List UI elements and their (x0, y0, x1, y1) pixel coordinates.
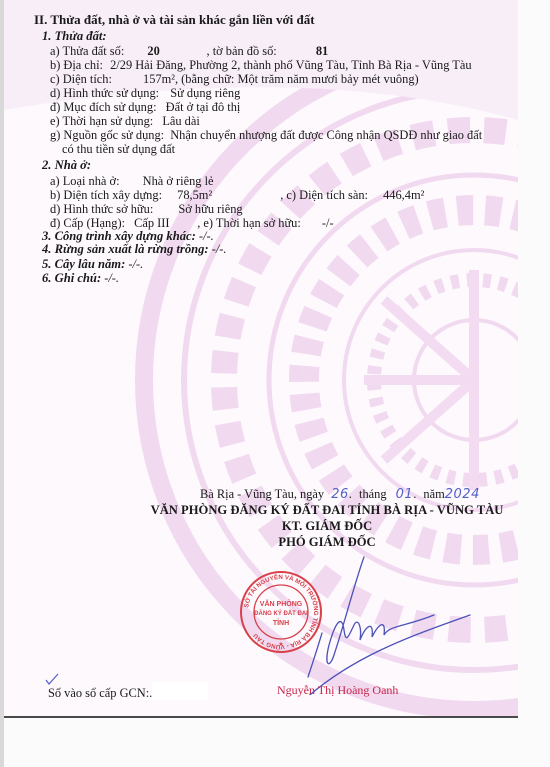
on-behalf-of: KT. GIÁM ĐỐC (144, 519, 510, 533)
house-type-row: a) Loại nhà ở: Nhà ở riêng lẻ (50, 174, 214, 188)
place-date-prefix: Bà Rịa - Vũng Tàu, ngày (200, 487, 324, 501)
use-form-row: d) Hình thức sử dụng: Sử dụng riêng (50, 86, 240, 100)
parcel-label: a) Thửa đất số: (50, 44, 124, 58)
built-area-row: b) Diện tích xây dựng: 78,5m² , c) Diện … (50, 188, 424, 202)
svg-text:VĂN PHÒNG: VĂN PHÒNG (260, 599, 303, 608)
signer-position: PHÓ GIÁM ĐỐC (144, 535, 510, 549)
address-label: b) Địa chỉ: (50, 58, 103, 72)
term-row: e) Thời hạn sử dụng: Lâu dài (50, 114, 200, 128)
purpose-row: đ) Mục đích sử dụng: Đất ở tại đô thị (50, 100, 240, 114)
place-date: Bà Rịa - Vũng Tàu, ngày 26. tháng 01. nă… (200, 487, 480, 502)
svg-text:★: ★ (278, 641, 283, 648)
term-value: Lâu dài (162, 114, 200, 128)
check-mark-icon (44, 672, 66, 686)
certificate-page: II. Thửa đất, nhà ở và tài sản khác gắn … (4, 0, 518, 718)
floor-area-label: , c) Diện tích sàn: (280, 188, 368, 202)
grade-row: đ) Cấp (Hạng): Cấp III , e) Thời hạn sở … (50, 216, 334, 230)
origin-value-line1: Nhận chuyển nhượng đất được Công nhận QS… (170, 128, 482, 142)
use-form-label: d) Hình thức sử dụng: (50, 86, 159, 100)
ownership-label: d) Hình thức sở hữu: (50, 202, 153, 216)
purpose-value: Đất ở tại đô thị (166, 100, 241, 114)
section-title: II. Thửa đất, nhà ở và tài sản khác gắn … (34, 13, 315, 27)
registry-label: Số vào sổ cấp GCN:. (48, 686, 152, 700)
other-item: 4. Rừng sản xuất là rừng trồng: -/-. (42, 242, 227, 256)
signer-name: Nguyễn Thị Hoàng Oanh (277, 683, 398, 698)
date-day: 26 (331, 487, 349, 502)
house-type-value: Nhà ở riêng lẻ (143, 174, 214, 188)
date-month: 01 (396, 487, 414, 502)
date-year: 2024 (445, 487, 480, 502)
address-value: 2/29 Hải Đăng, Phường 2, thành phố Vũng … (110, 58, 471, 72)
origin-row: g) Nguồn gốc sử dụng: Nhận chuyển nhượng… (50, 128, 482, 142)
address-row: b) Địa chỉ: 2/29 Hải Đăng, Phường 2, thà… (50, 58, 472, 72)
origin-label: g) Nguồn gốc sử dụng: (50, 128, 164, 142)
map-sheet-no: 81 (316, 44, 328, 58)
area-row: c) Diện tích: 157m², (bằng chữ: Một trăm… (50, 72, 419, 86)
redacted-registry-number (152, 682, 208, 700)
year-label: năm (423, 487, 444, 501)
other-item: 5. Cây lâu năm: -/-. (42, 257, 143, 271)
area-value: 157m², (bằng chữ: Một trăm năm mươi bảy … (143, 72, 419, 86)
purpose-label: đ) Mục đích sử dụng: (50, 100, 157, 114)
own-term-label: , e) Thời hạn sở hữu: (197, 216, 301, 230)
other-item: 3. Công trình xây dựng khác: -/-. (42, 229, 214, 243)
land-heading: 1. Thửa đất: (42, 29, 107, 43)
parcel-row: a) Thửa đất số: 20 , tờ bản đồ số: 81 (50, 44, 328, 58)
svg-text:ĐĂNG KÝ ĐẤT ĐAI: ĐĂNG KÝ ĐẤT ĐAI (254, 610, 308, 617)
other-item: 6. Ghi chú: -/-. (42, 271, 119, 285)
area-label: c) Diện tích: (50, 72, 112, 86)
house-type-label: a) Loại nhà ở: (50, 174, 120, 188)
month-label: tháng (359, 487, 387, 501)
floor-area-value: 446,4m² (383, 188, 424, 202)
parcel-no: 20 (147, 44, 203, 58)
registry-row: Số vào sổ cấp GCN:. (48, 686, 152, 700)
built-area-label: b) Diện tích xây dựng: (50, 188, 162, 202)
map-sheet-label: , tờ bản đồ số: (207, 44, 277, 58)
house-heading: 2. Nhà ở: (42, 158, 91, 172)
use-form-value: Sử dụng riêng (170, 86, 240, 100)
ownership-row: d) Hình thức sở hữu: Sở hữu riêng (50, 202, 243, 216)
ownership-value: Sở hữu riêng (178, 202, 242, 216)
origin-value-line2: có thu tiền sử dụng đất (62, 142, 175, 156)
grade-label: đ) Cấp (Hạng): (50, 216, 125, 230)
own-term-value: -/- (322, 216, 334, 230)
term-label: e) Thời hạn sử dụng: (50, 114, 153, 128)
built-area-value: 78,5m² (177, 188, 277, 202)
svg-text:TỈNH: TỈNH (273, 618, 289, 627)
issuing-office: VĂN PHÒNG ĐĂNG KÝ ĐẤT ĐAI TỈNH BÀ RỊA - … (144, 503, 510, 517)
grade-value: Cấp III (134, 216, 194, 230)
official-stamp-icon: SỞ TÀI NGUYÊN VÀ MÔI TRƯỜNG TỈNH BÀ RỊA … (239, 570, 323, 654)
